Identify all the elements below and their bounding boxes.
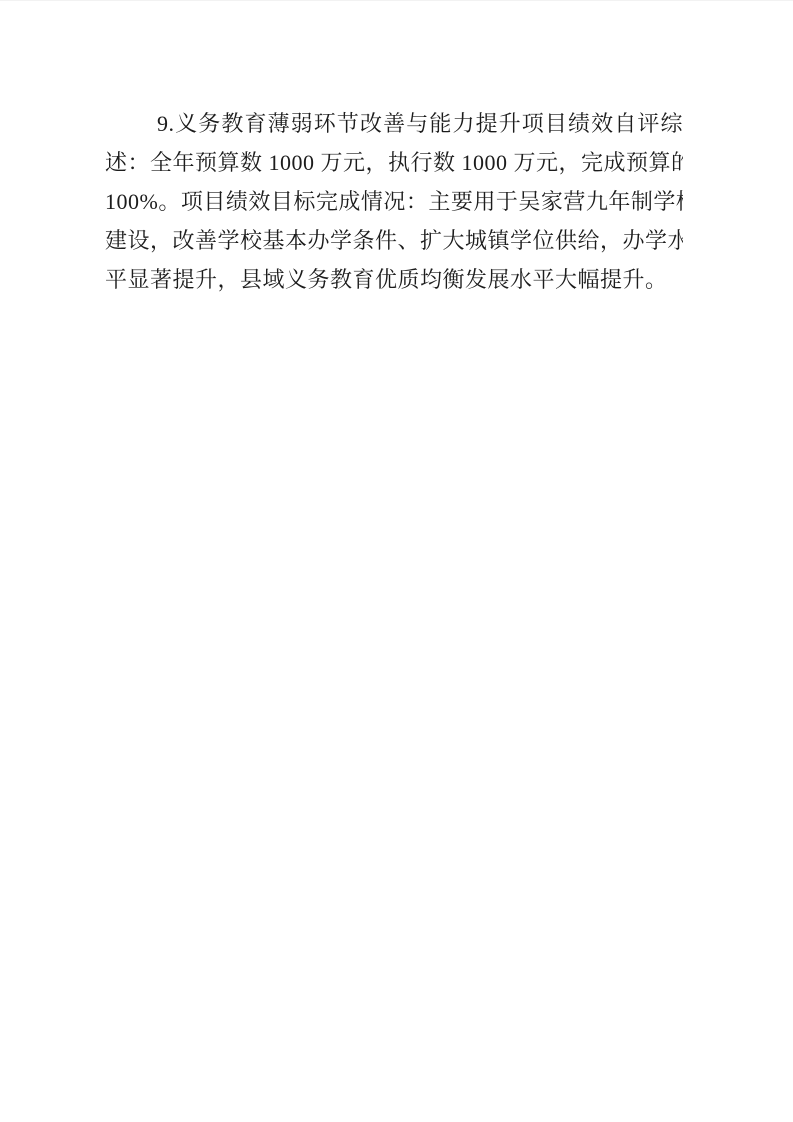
- paragraph-line: 述：全年预算数 1000 万元，执行数 1000 万元，完成预算的: [105, 143, 683, 182]
- document-page: 9.义务教育薄弱环节改善与能力提升项目绩效自评综述：全年预算数 1000 万元，…: [0, 0, 793, 1122]
- paragraph-line: 100%。项目绩效目标完成情况：主要用于吴家营九年制学校: [105, 182, 683, 221]
- paragraph-self-evaluation-summary: 9.义务教育薄弱环节改善与能力提升项目绩效自评综述：全年预算数 1000 万元，…: [105, 104, 683, 299]
- paragraph-line: 建设，改善学校基本办学条件、扩大城镇学位供给，办学水: [105, 221, 683, 260]
- paragraph-line: 平显著提升，县域义务教育优质均衡发展水平大幅提升。: [105, 260, 683, 299]
- paragraph-line: 9.义务教育薄弱环节改善与能力提升项目绩效自评综: [105, 104, 683, 143]
